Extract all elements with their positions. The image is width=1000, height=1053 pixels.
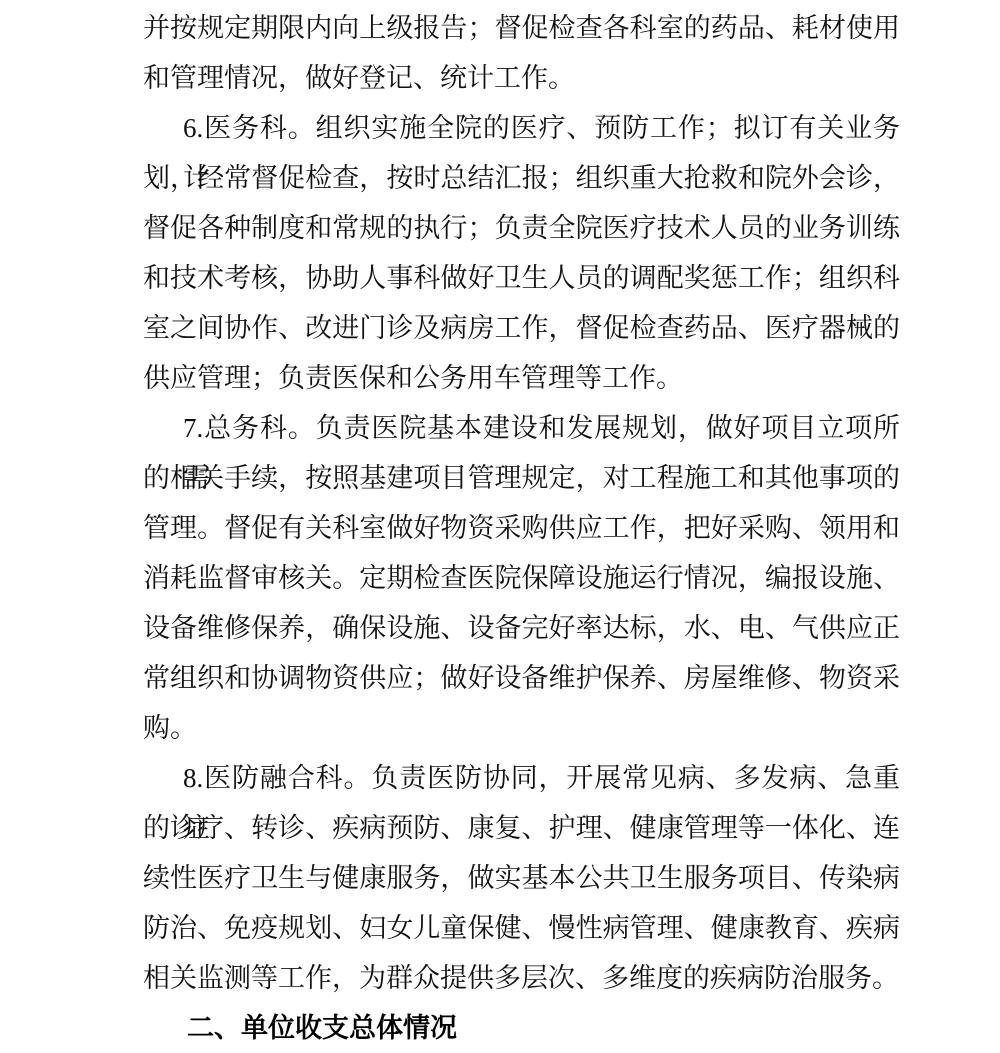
text-line: 室之间协作、改进门诊及病房工作，督促检查药品、医疗器械的: [143, 303, 900, 353]
text-line: 划，经常督促检查，按时总结汇报；组织重大抢救和院外会诊，: [143, 153, 900, 203]
paragraph-first-line: 7.总务科。负责医院基本建设和发展规划，做好项目立项所需: [143, 403, 900, 453]
paragraph-first-line: 8.医防融合科。负责医防协同，开展常见病、多发病、急重症: [143, 753, 900, 803]
text-line: 的诊疗、转诊、疾病预防、康复、护理、健康管理等一体化、连: [143, 803, 900, 853]
text-line: 督促各种制度和常规的执行；负责全院医疗技术人员的业务训练: [143, 203, 900, 253]
text-line: 和技术考核，协助人事科做好卫生人员的调配奖惩工作；组织科: [143, 253, 900, 303]
text-line: 防治、免疫规划、妇女儿童保健、慢性病管理、健康教育、疾病: [143, 903, 900, 953]
text-line: 并按规定期限内向上级报告；督促检查各科室的药品、耗材使用: [143, 3, 900, 53]
text-line: 续性医疗卫生与健康服务，做实基本公共卫生服务项目、传染病: [143, 853, 900, 903]
text-line: 的相关手续，按照基建项目管理规定，对工程施工和其他事项的: [143, 453, 900, 503]
text-line: 管理。督促有关科室做好物资采购供应工作，把好采购、领用和: [143, 503, 900, 553]
paragraph-first-line: 6.医务科。组织实施全院的医疗、预防工作；拟订有关业务计: [143, 103, 900, 153]
text-line: 供应管理；负责医保和公务用车管理等工作。: [143, 353, 900, 403]
text-line: 和管理情况，做好登记、统计工作。: [143, 53, 900, 103]
section-heading: 二、单位收支总体情况: [143, 1003, 900, 1053]
text-line: 设备维修保养，确保设施、设备完好率达标，水、电、气供应正: [143, 603, 900, 653]
document-page: 并按规定期限内向上级报告；督促检查各科室的药品、耗材使用 和管理情况，做好登记、…: [0, 0, 1000, 1053]
text-line: 购。: [143, 703, 900, 753]
text-line: 常组织和协调物资供应；做好设备维护保养、房屋维修、物资采: [143, 653, 900, 703]
text-line: 相关监测等工作，为群众提供多层次、多维度的疾病防治服务。: [143, 953, 900, 1003]
document-text: 并按规定期限内向上级报告；督促检查各科室的药品、耗材使用 和管理情况，做好登记、…: [143, 3, 900, 1053]
text-line: 消耗监督审核关。定期检查医院保障设施运行情况，编报设施、: [143, 553, 900, 603]
